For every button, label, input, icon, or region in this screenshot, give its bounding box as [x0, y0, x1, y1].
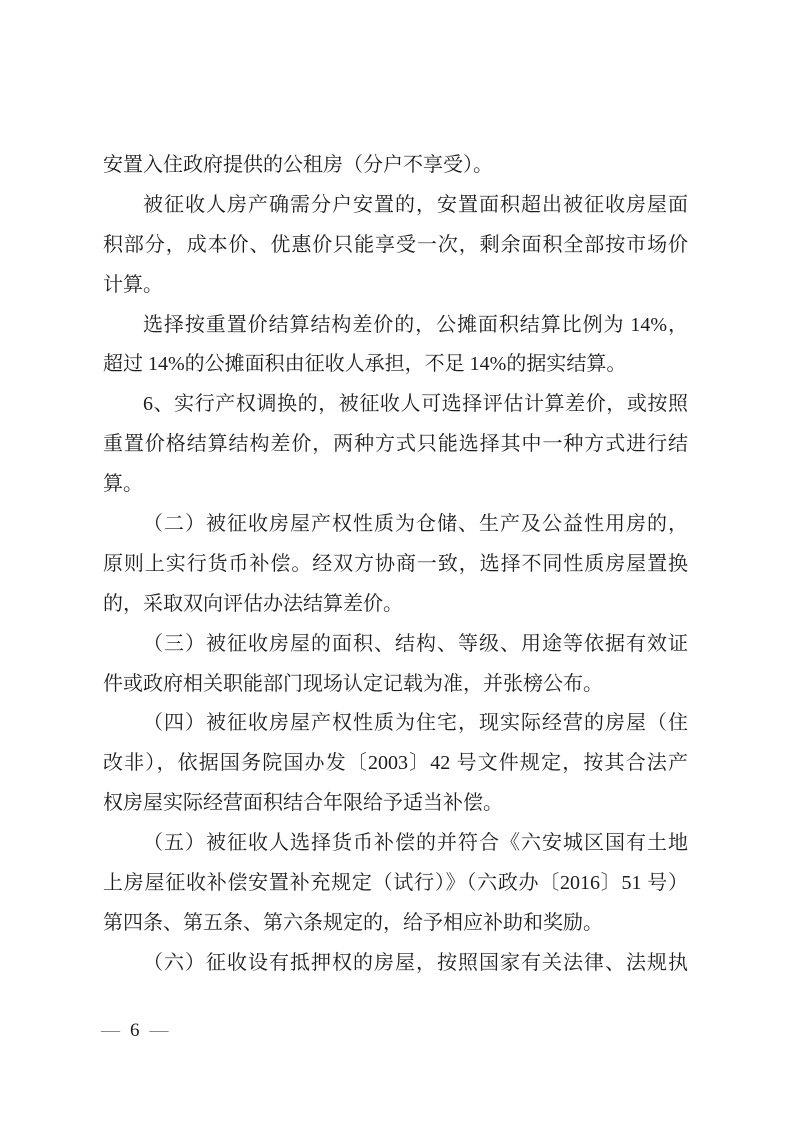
text-line: 改非），依据国务院国办发〔2003〕42 号文件规定，按其合法产 [103, 744, 688, 784]
text-line: 计算。 [103, 266, 688, 306]
text-line: 第四条、第五条、第六条规定的，给予相应补助和奖励。 [103, 904, 688, 944]
text-line: （二）被征收房屋产权性质为仓储、生产及公益性用房的， [103, 505, 688, 545]
footer-dash-left: — [101, 1020, 120, 1041]
document-text: 安置入住政府提供的公租房（分户不享受）。被征收人房产确需分户安置的，安置面积超出… [103, 146, 688, 984]
text-line: （四）被征收房屋产权性质为住宅，现实际经营的房屋（住 [103, 704, 688, 744]
text-line: 算。 [103, 465, 688, 505]
text-line: 权房屋实际经营面积结合年限给予适当补偿。 [103, 784, 688, 824]
footer-dash-right: — [150, 1020, 169, 1041]
text-line: 6、实行产权调换的，被征收人可选择评估计算差价，或按照 [103, 385, 688, 425]
text-line: 安置入住政府提供的公租房（分户不享受）。 [103, 146, 688, 186]
text-line: 上房屋征收补偿安置补充规定（试行）》（六政办〔2016〕51 号） [103, 864, 688, 904]
text-line: 重置价格结算结构差价，两种方式只能选择其中一种方式进行结 [103, 425, 688, 465]
text-line: 积部分，成本价、优惠价只能享受一次，剩余面积全部按市场价 [103, 226, 688, 266]
text-line: （六）征收设有抵押权的房屋，按照国家有关法律、法规执 [103, 944, 688, 984]
text-line: （五）被征收人选择货币补偿的并符合《六安城区国有土地 [103, 824, 688, 864]
text-line: 超过 14%的公摊面积由征收人承担，不足 14%的据实结算。 [103, 345, 688, 385]
text-line: 件或政府相关职能部门现场认定记载为准，并张榜公布。 [103, 665, 688, 705]
text-line: 的，采取双向评估办法结算差价。 [103, 585, 688, 625]
document-page: 安置入住政府提供的公租房（分户不享受）。被征收人房产确需分户安置的，安置面积超出… [0, 0, 793, 1122]
text-line: （三）被征收房屋的面积、结构、等级、用途等依据有效证 [103, 625, 688, 665]
text-line: 选择按重置价结算结构差价的，公摊面积结算比例为 14%， [103, 306, 688, 346]
page-number: 6 [130, 1020, 140, 1041]
text-line: 被征收人房产确需分户安置的，安置面积超出被征收房屋面 [103, 186, 688, 226]
text-line: 原则上实行货币补偿。经双方协商一致，选择不同性质房屋置换 [103, 545, 688, 585]
page-footer: —6— [101, 1018, 169, 1044]
